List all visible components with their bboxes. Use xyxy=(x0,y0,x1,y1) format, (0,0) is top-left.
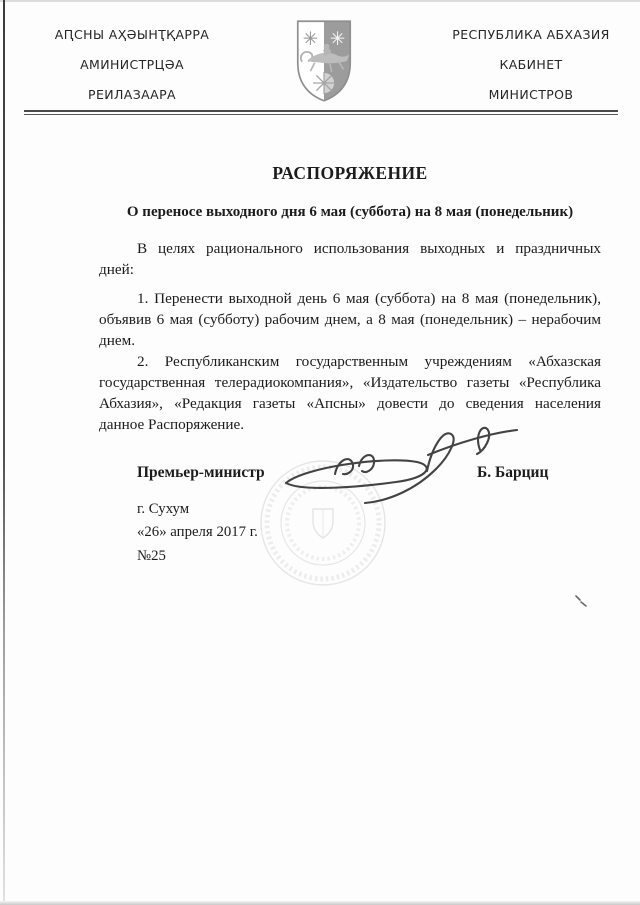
body-paragraph-2: 1. Перенести выходной день 6 мая (суббот… xyxy=(99,288,601,351)
scan-bottom-edge xyxy=(0,901,640,905)
paragraph-line: дней: xyxy=(99,259,601,280)
signatory-name: Б. Барциц xyxy=(477,464,548,482)
letterhead-russian: РЕСПУБЛИКА АБХАЗИЯ КАБИНЕТ МИНИСТРОВ xyxy=(446,20,616,110)
letterhead-abkhaz: АԤСНЫ АҲӘЫНҬҚАРРА АМИНИСТРЦӘА РЕИЛАЗААРА xyxy=(32,20,232,110)
letterhead-abkhaz-line: РЕИЛАЗААРА xyxy=(32,80,232,110)
letterhead-abkhaz-line: АԤСНЫ АҲӘЫНҬҚАРРА xyxy=(32,20,232,50)
paragraph-line: В целях рационального использования выхо… xyxy=(99,238,601,259)
abkhazia-coat-of-arms-icon xyxy=(291,17,357,105)
paragraph-line: 1. Перенести выходной день 6 мая (суббот… xyxy=(99,288,601,309)
place-line: г. Сухум xyxy=(137,501,189,518)
paragraph-line: Абхазия», «Редакция газеты «Апсны» довес… xyxy=(99,393,601,414)
scan-left-edge xyxy=(3,0,5,905)
letterhead-russian-line: РЕСПУБЛИКА АБХАЗИЯ xyxy=(446,20,616,50)
letterhead-abkhaz-line: АМИНИСТРЦӘА xyxy=(32,50,232,80)
letterhead-double-rule xyxy=(24,110,618,115)
scan-top-edge xyxy=(0,0,640,2)
body-paragraph-1: В целях рационального использования выхо… xyxy=(99,238,601,280)
paragraph-line: государственная телерадиокомпания», «Изд… xyxy=(99,372,601,393)
document-title: РАСПОРЯЖЕНИЕ xyxy=(100,163,600,184)
date-line: «26» апреля 2017 г. xyxy=(137,524,258,541)
paragraph-line: днем. xyxy=(99,330,601,351)
signature-role: Премьер-министр xyxy=(137,464,265,482)
document-subject: О переносе выходного дня 6 мая (суббота)… xyxy=(100,204,600,221)
document-number: №25 xyxy=(137,548,166,565)
letterhead-russian-line: КАБИНЕТ xyxy=(446,50,616,80)
scanned-decree-page: АԤСНЫ АҲӘЫНҬҚАРРА АМИНИСТРЦӘА РЕИЛАЗААРА xyxy=(0,0,640,905)
paragraph-line: объявив 6 мая (субботу) рабочим днем, а … xyxy=(99,309,601,330)
letterhead-russian-line: МИНИСТРОВ xyxy=(446,80,616,110)
paragraph-line: 2. Республиканским государственным учреж… xyxy=(99,351,601,372)
ink-speck xyxy=(574,594,588,608)
